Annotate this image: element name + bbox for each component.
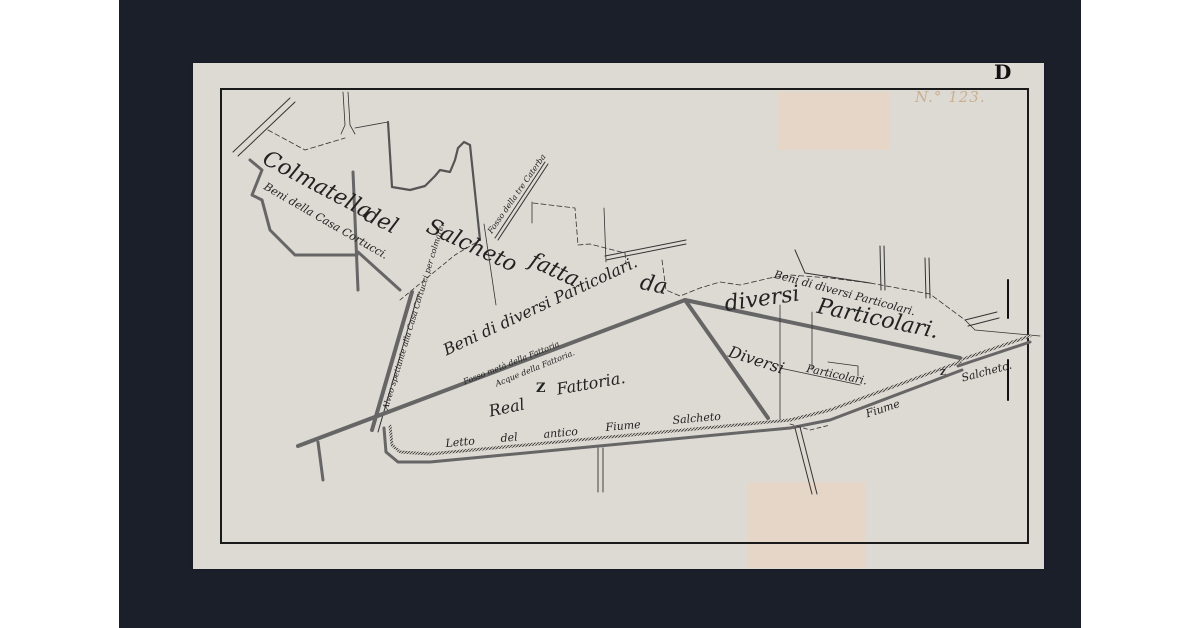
label-del-antico: del — [500, 431, 518, 445]
map-linework — [0, 0, 1200, 628]
label-z-marker: Z — [536, 381, 546, 396]
label-letto: Letto — [445, 434, 475, 450]
label-da: da — [638, 270, 670, 300]
label-z-marker-right: Z — [940, 367, 946, 377]
